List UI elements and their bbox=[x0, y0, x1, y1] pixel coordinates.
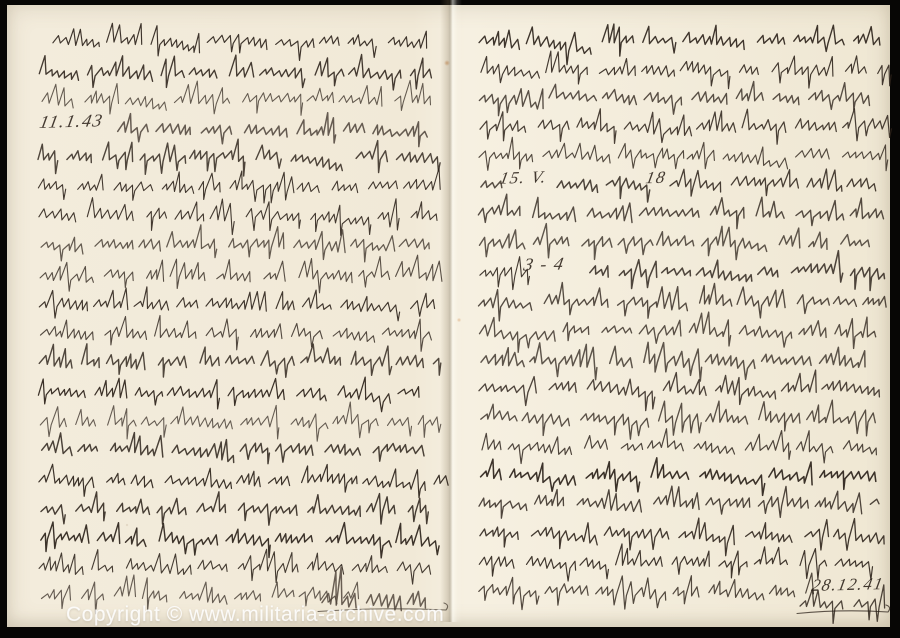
handwriting-ink bbox=[0, 0, 900, 638]
letter-scan: 11.1.4315. V.183 - 428.12.41 Copyright ©… bbox=[0, 0, 900, 638]
watermark: Copyright © www.militaria-archive.com bbox=[66, 603, 444, 627]
